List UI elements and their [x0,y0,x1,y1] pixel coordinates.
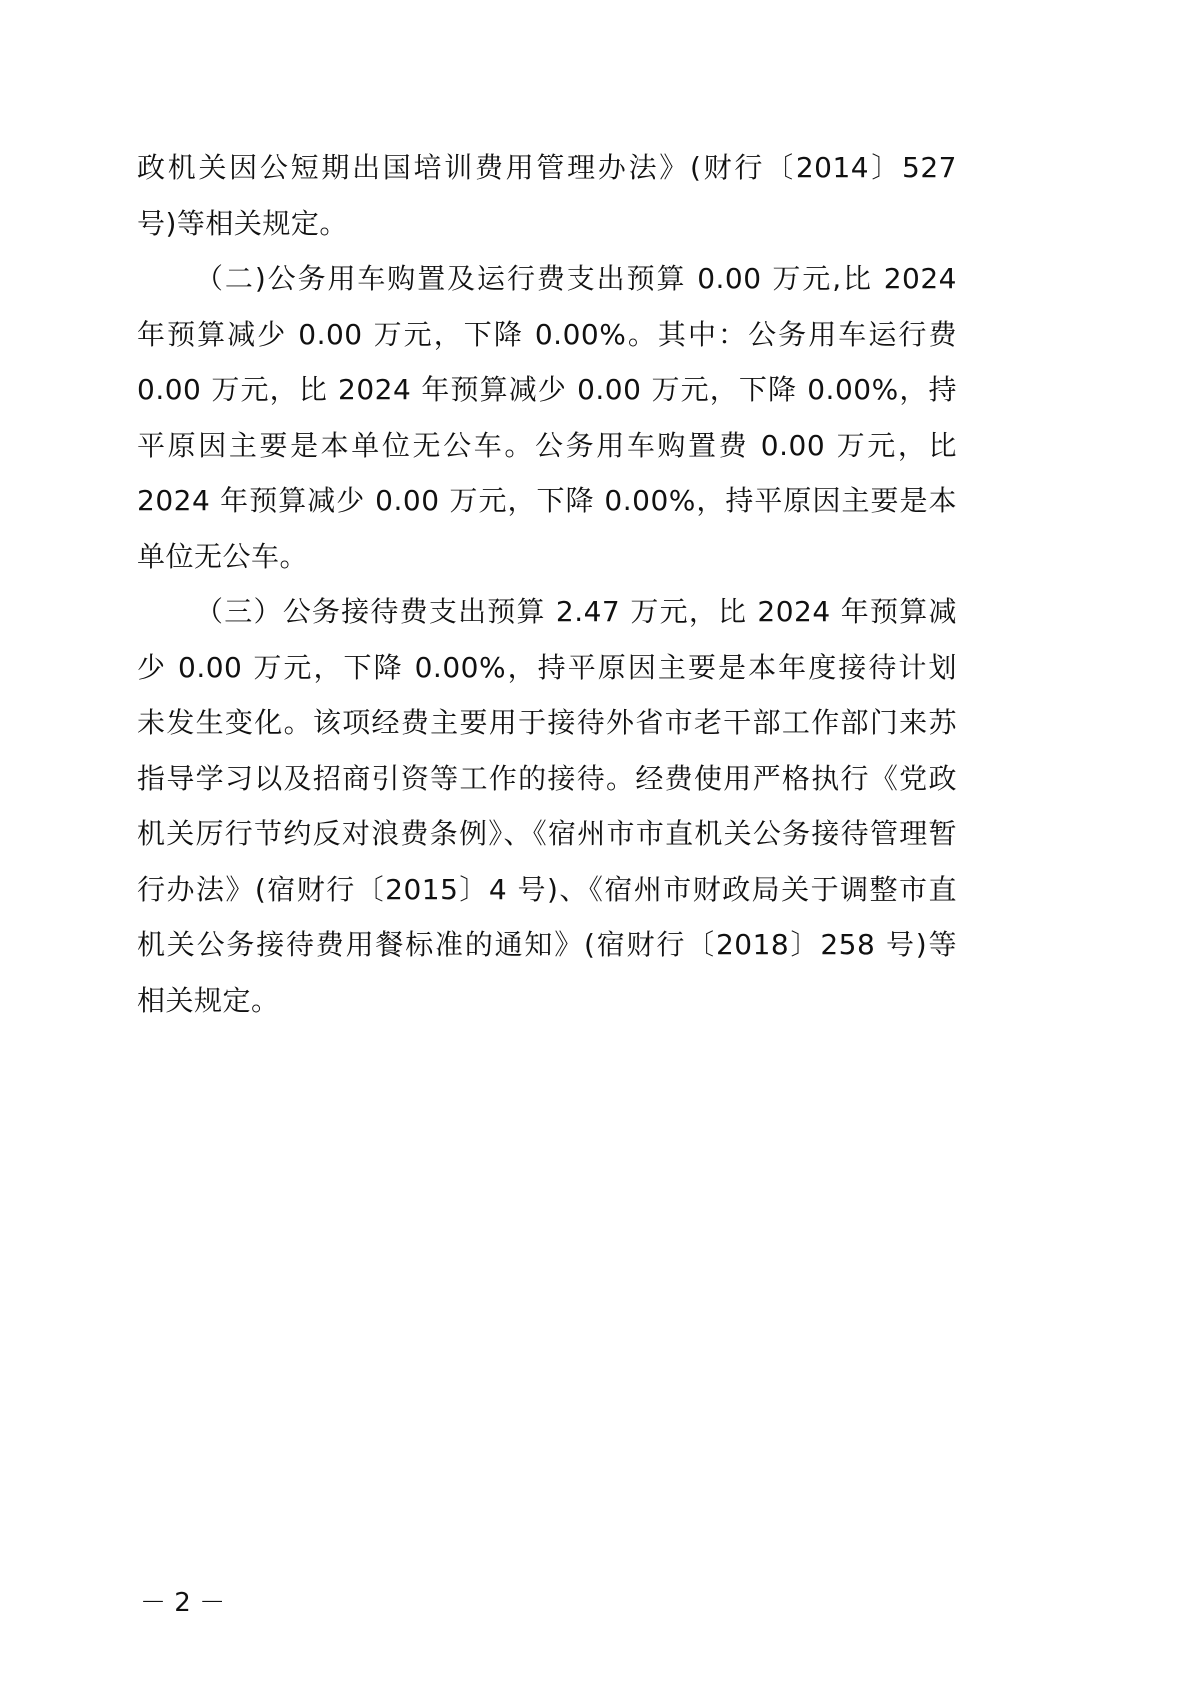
text-line: 号)等相关规定。 [137,204,957,244]
text-line: 平原因主要是本单位无公车。公务用车购置费 0.00 万元，比 [137,426,957,466]
text-line: 2024 年预算减少 0.00 万元，下降 0.00%，持平原因主要是本 [137,481,957,521]
text-line: 未发生变化。该项经费主要用于接待外省市老干部工作部门来苏 [137,703,957,743]
text-line: 机关公务接待费用餐标准的通知》(宿财行〔2018〕258 号)等 [137,925,957,965]
text-line: 政机关因公短期出国培训费用管理办法》(财行〔2014〕527 [137,148,957,188]
text-line: （二)公务用车购置及运行费支出预算 0.00 万元,比 2024 [195,259,957,299]
text-line: 相关规定。 [137,981,957,1021]
page-number: － 2 － [140,1585,225,1621]
text-line: 指导学习以及招商引资等工作的接待。经费使用严格执行《党政 [137,759,957,799]
text-line: 单位无公车。 [137,537,957,577]
text-line: 0.00 万元，比 2024 年预算减少 0.00 万元，下降 0.00%，持 [137,370,957,410]
text-line: （三）公务接待费支出预算 2.47 万元，比 2024 年预算减 [195,592,957,632]
text-line: 少 0.00 万元，下降 0.00%，持平原因主要是本年度接待计划 [137,648,957,688]
text-line: 年预算减少 0.00 万元，下降 0.00%。其中：公务用车运行费 [137,315,957,355]
text-line: 机关厉行节约反对浪费条例》、《宿州市市直机关公务接待管理暂 [137,814,957,854]
text-line: 行办法》(宿财行〔2015〕4 号)、《宿州市财政局关于调整市直 [137,870,957,910]
document-page: 政机关因公短期出国培训费用管理办法》(财行〔2014〕527 号)等相关规定。 … [0,0,1190,1683]
